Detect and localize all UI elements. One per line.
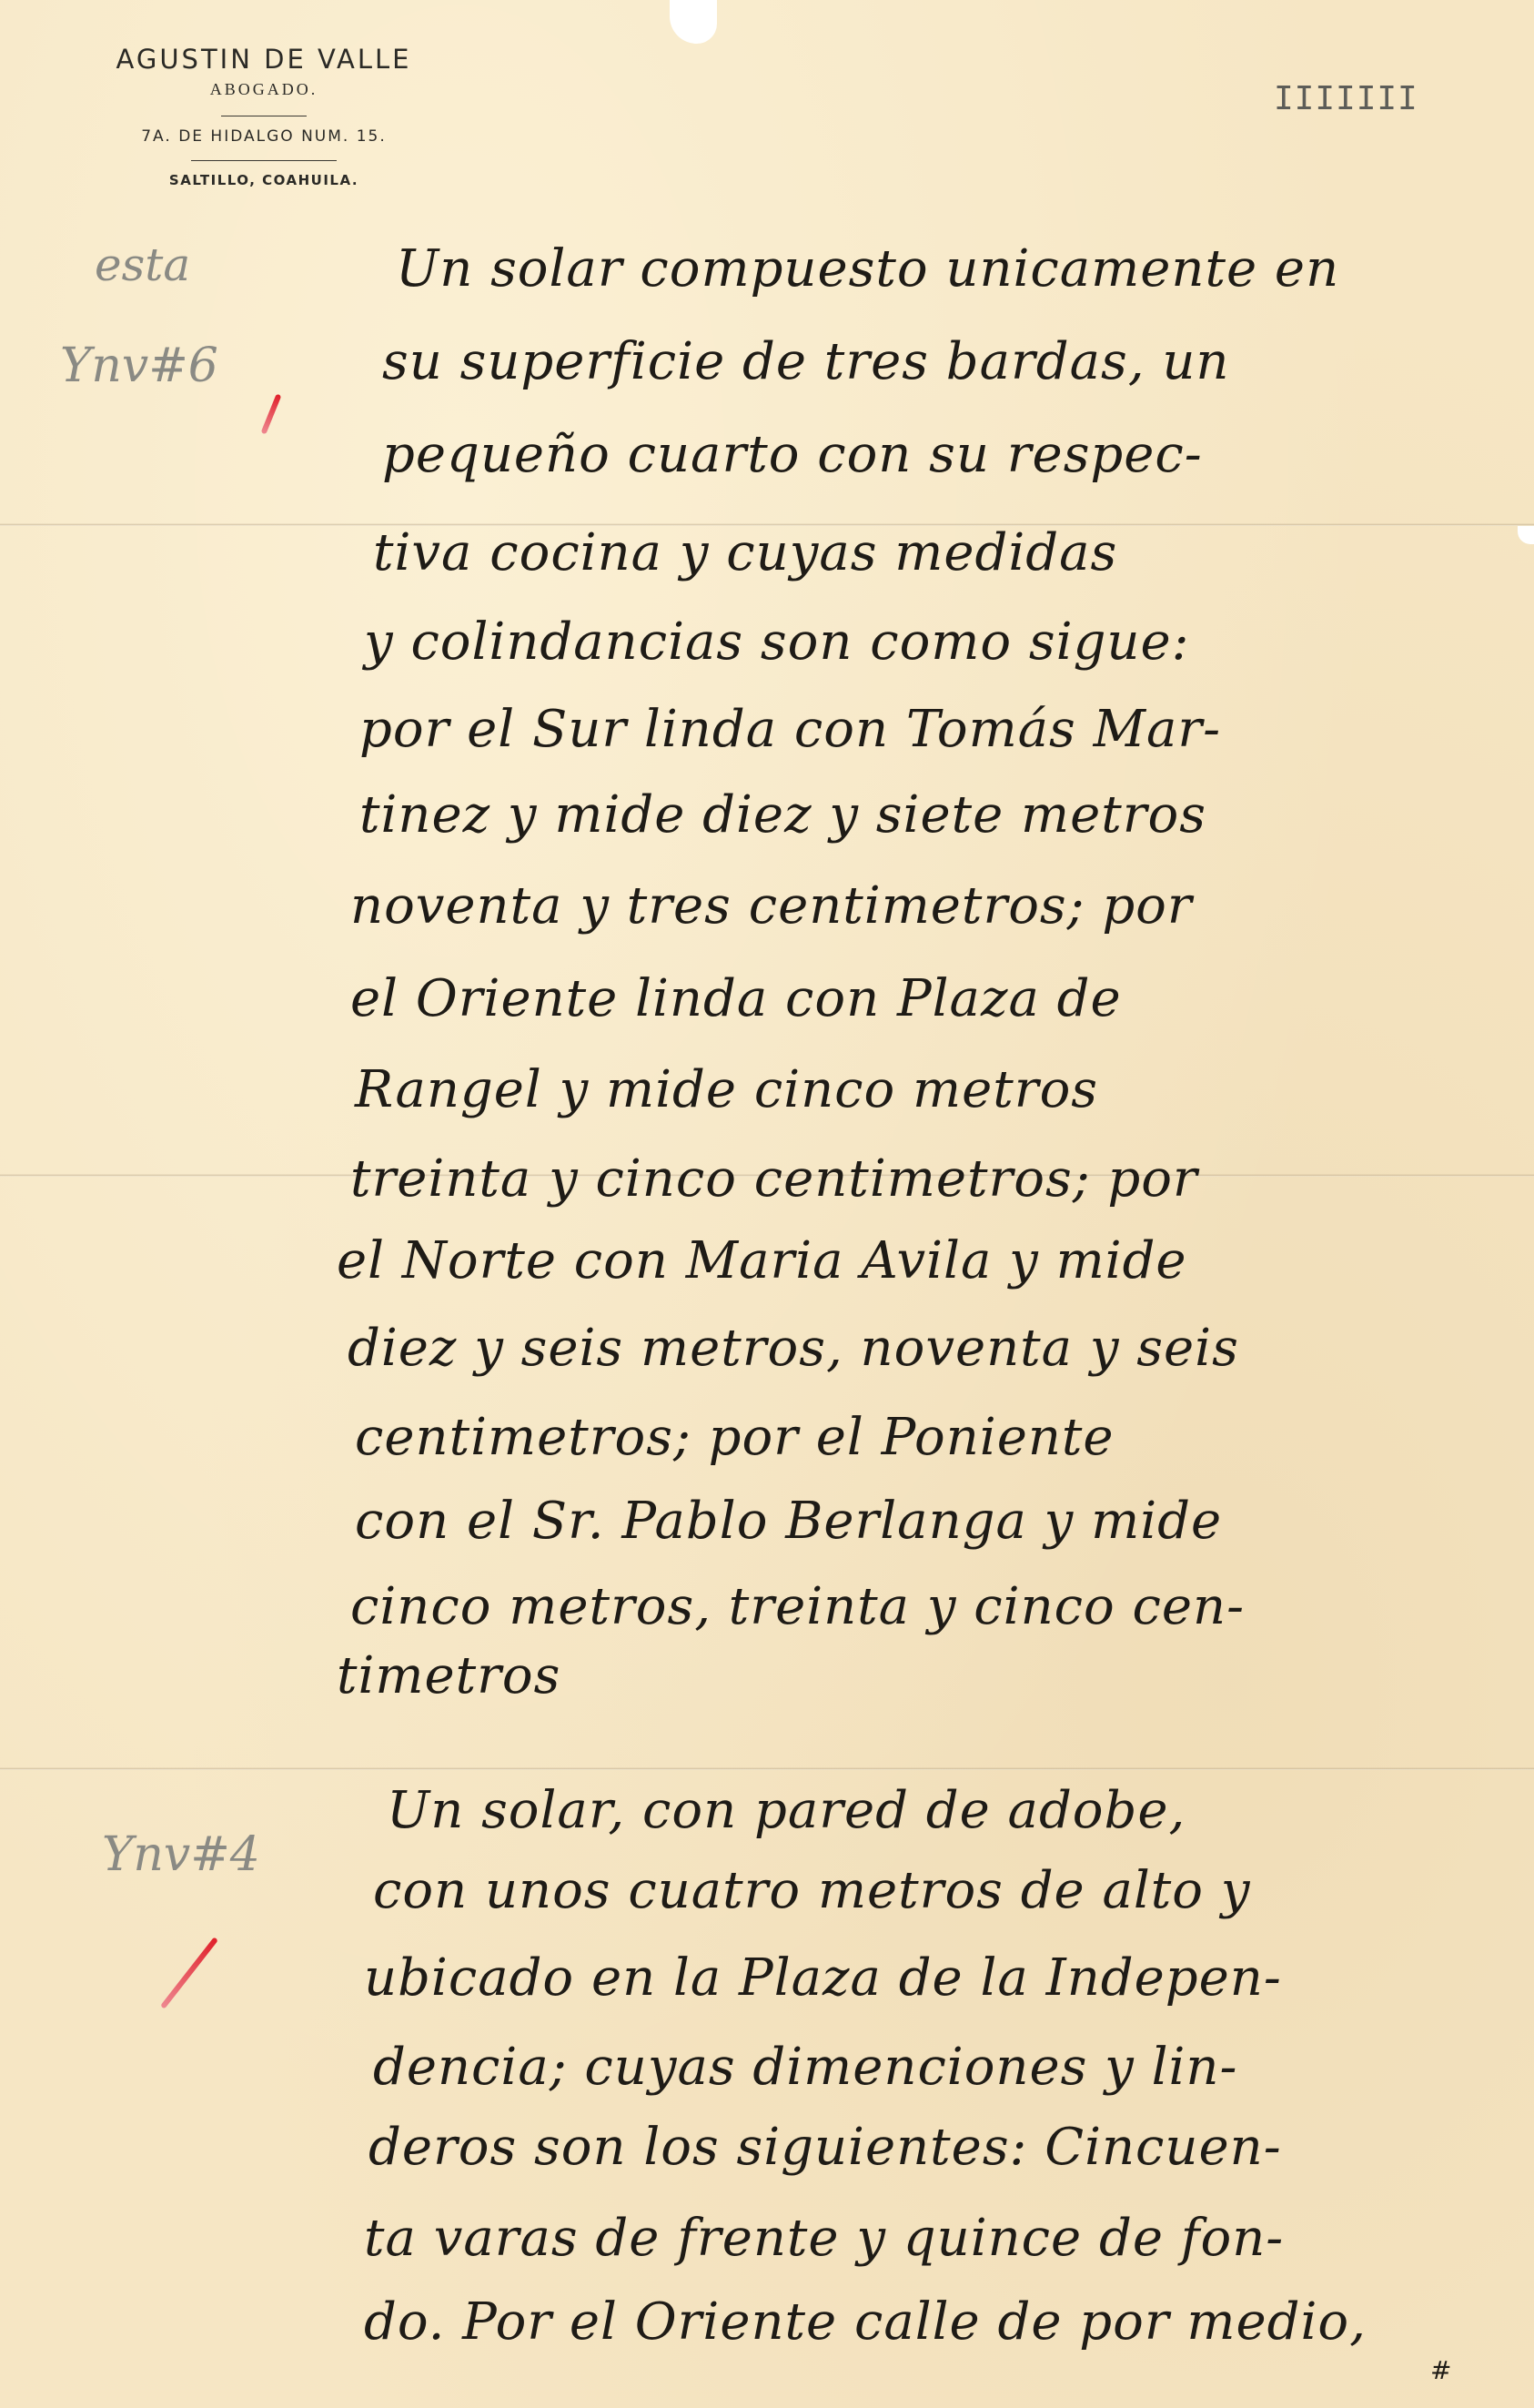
letterhead-city: SALTILLO, COAHUILA. <box>55 172 473 188</box>
handwritten-line: diez y seis metros, noventa y seis <box>348 1323 1239 1374</box>
handwritten-line: treinta y cinco centimetros; por <box>350 1154 1198 1205</box>
divider <box>191 160 337 161</box>
handwritten-line: noventa y tres centimetros; por <box>350 881 1193 932</box>
handwritten-line: pequeño cuarto con su respec- <box>382 430 1203 481</box>
handwritten-line: tinez y mide diez y siete metros <box>359 790 1206 841</box>
divider <box>221 116 307 116</box>
handwritten-line: centimetros; por el Poniente <box>355 1412 1115 1463</box>
handwritten-line: con el Sr. Pablo Berlanga y mide <box>355 1496 1222 1547</box>
handwritten-line: timetros <box>337 1651 560 1702</box>
letterhead-name: AGUSTIN DE VALLE <box>55 44 473 75</box>
pencil-tally-mark: IIIIIII <box>1274 80 1418 117</box>
handwritten-line: deros son los siguientes: Cincuen- <box>368 2122 1282 2173</box>
handwritten-line: Un solar compuesto unicamente en <box>396 244 1339 295</box>
fold-crease <box>0 1767 1534 1770</box>
handwritten-line: su superficie de tres bardas, un <box>382 337 1229 388</box>
letterhead-title: ABOGADO. <box>55 80 473 99</box>
margin-note-inv-4: Ynv#4 <box>102 1827 260 1882</box>
margin-note-esta: esta <box>95 238 190 291</box>
handwritten-line: ta varas de frente y quince de fon- <box>364 2213 1284 2264</box>
handwritten-line: cinco metros, treinta y cinco cen- <box>350 1582 1245 1633</box>
letterhead: AGUSTIN DE VALLE ABOGADO. 7A. DE HIDALGO… <box>55 36 473 188</box>
handwritten-line: por el Sur linda con Tomás Mar- <box>359 704 1221 755</box>
handwritten-line: tiva cocina y cuyas medidas <box>373 528 1117 579</box>
handwritten-line: el Oriente linda con Plaza de <box>350 974 1122 1025</box>
handwritten-line: y colindancias son como sigue: <box>364 617 1190 668</box>
handwritten-line: ubicado en la Plaza de la Indepen- <box>364 1953 1282 2004</box>
footer-mark: # <box>1430 2355 1451 2385</box>
handwritten-line: Rangel y mide cinco metros <box>355 1065 1098 1116</box>
handwritten-line: el Norte con Maria Avila y mide <box>337 1236 1187 1287</box>
handwritten-line: Un solar, con pared de adobe, <box>387 1786 1186 1836</box>
handwritten-line: con unos cuatro metros de alto y <box>373 1866 1250 1917</box>
margin-note-inv-6: Ynv#6 <box>60 339 218 393</box>
letterhead-address: 7A. DE HIDALGO NUM. 15. <box>55 127 473 146</box>
handwritten-line: do. Por el Oriente calle de por medio, <box>364 2297 1367 2348</box>
handwritten-line: dencia; cuyas dimenciones y lin- <box>373 2042 1237 2093</box>
